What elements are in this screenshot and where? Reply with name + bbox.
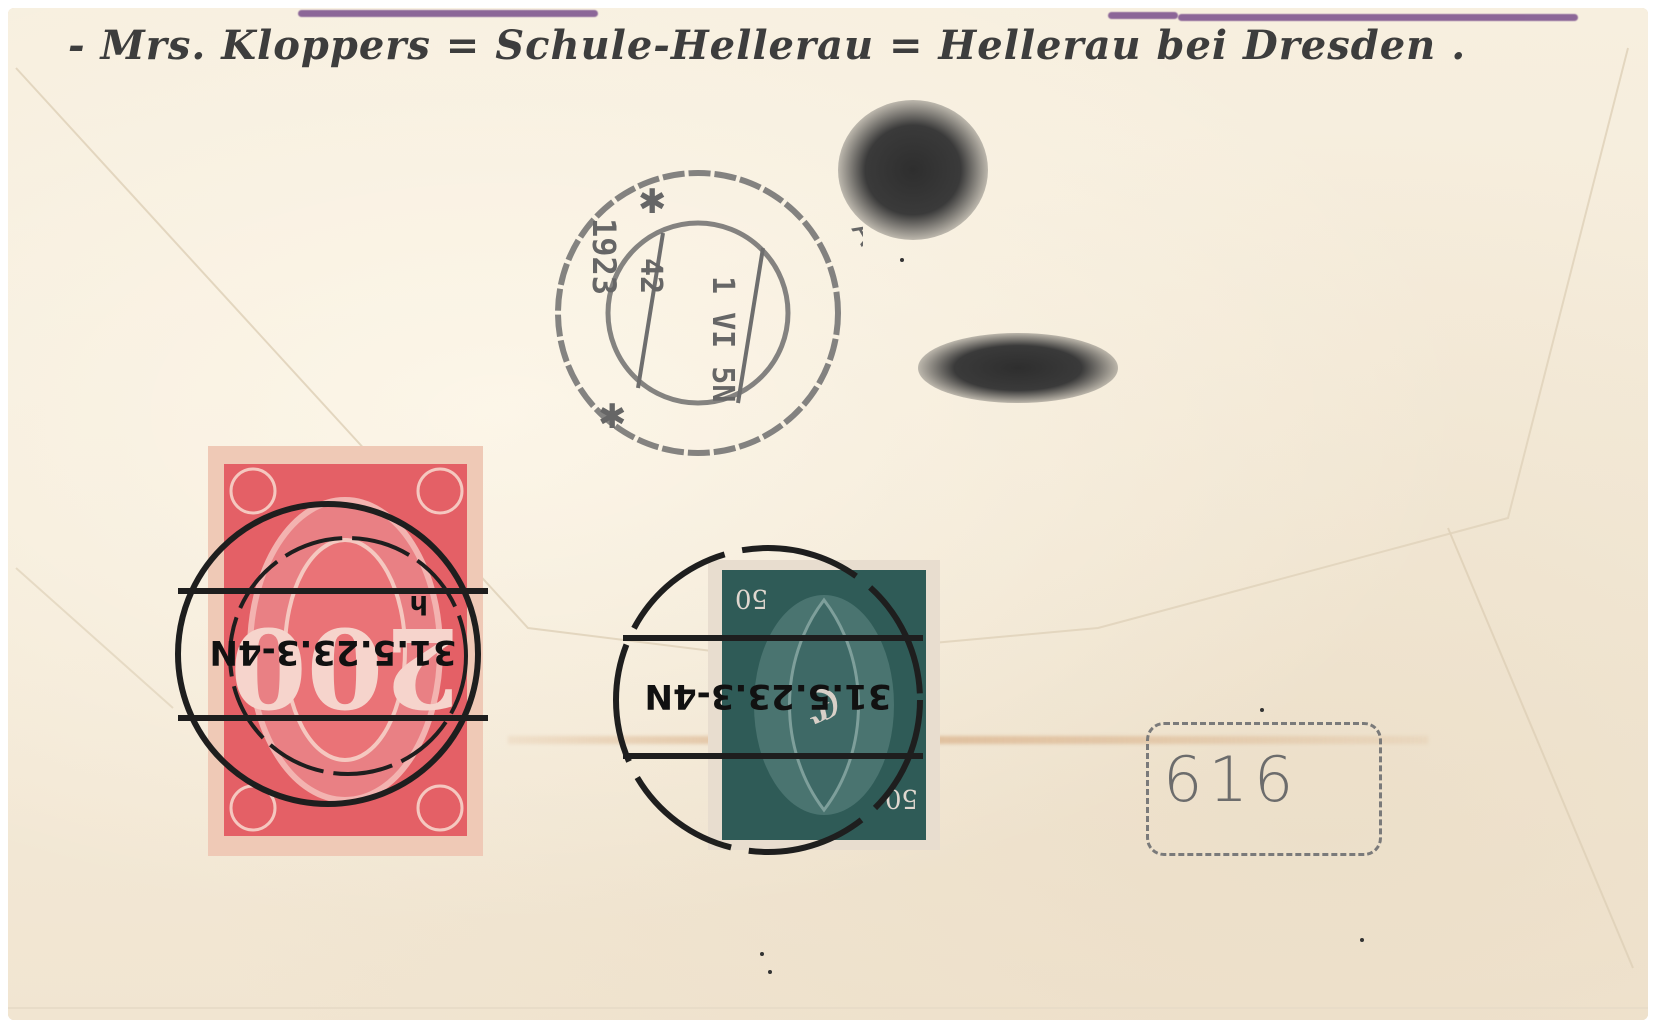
purple-edge-mark [1108,12,1178,19]
sender-handwriting: - Mrs. Kloppers = Schule-Hellerau = Hell… [68,22,1628,92]
dresden-left-letter: h [409,589,428,619]
amsterdam-code: 42 [633,258,668,294]
ink-smudge [918,333,1118,403]
ink-speck [768,970,772,974]
dresden-postmark-left: 31.5.23.3-4N h [158,486,503,826]
registration-number: 616 [1163,743,1299,816]
purple-edge-mark [298,10,598,17]
envelope-back: - Mrs. Kloppers = Schule-Hellerau = Hell… [8,8,1648,1020]
amsterdam-city: AMSTERDAM [844,213,863,410]
amsterdam-postmark: 1 VI 5N 42 1923 AMSTERDAM ✱ ✱ [543,148,863,478]
purple-edge-mark [1178,14,1578,21]
ink-speck [900,258,904,262]
amsterdam-year: 1923 [585,218,623,295]
dresden-left-date: 31.5.23.3-4N [210,632,457,672]
dresden-postmark-right: 31.5.23.3-4N [603,530,943,870]
ink-speck [1360,938,1364,942]
registration-number-box: 616 [1146,722,1382,856]
ink-speck [1260,708,1264,712]
amsterdam-date: 1 VI 5N [705,276,740,402]
ink-speck [760,952,764,956]
dresden-right-date: 31.5.23.3-4N [645,676,892,716]
star-icon: ✱ [598,397,627,437]
star-icon: ✱ [638,182,667,222]
